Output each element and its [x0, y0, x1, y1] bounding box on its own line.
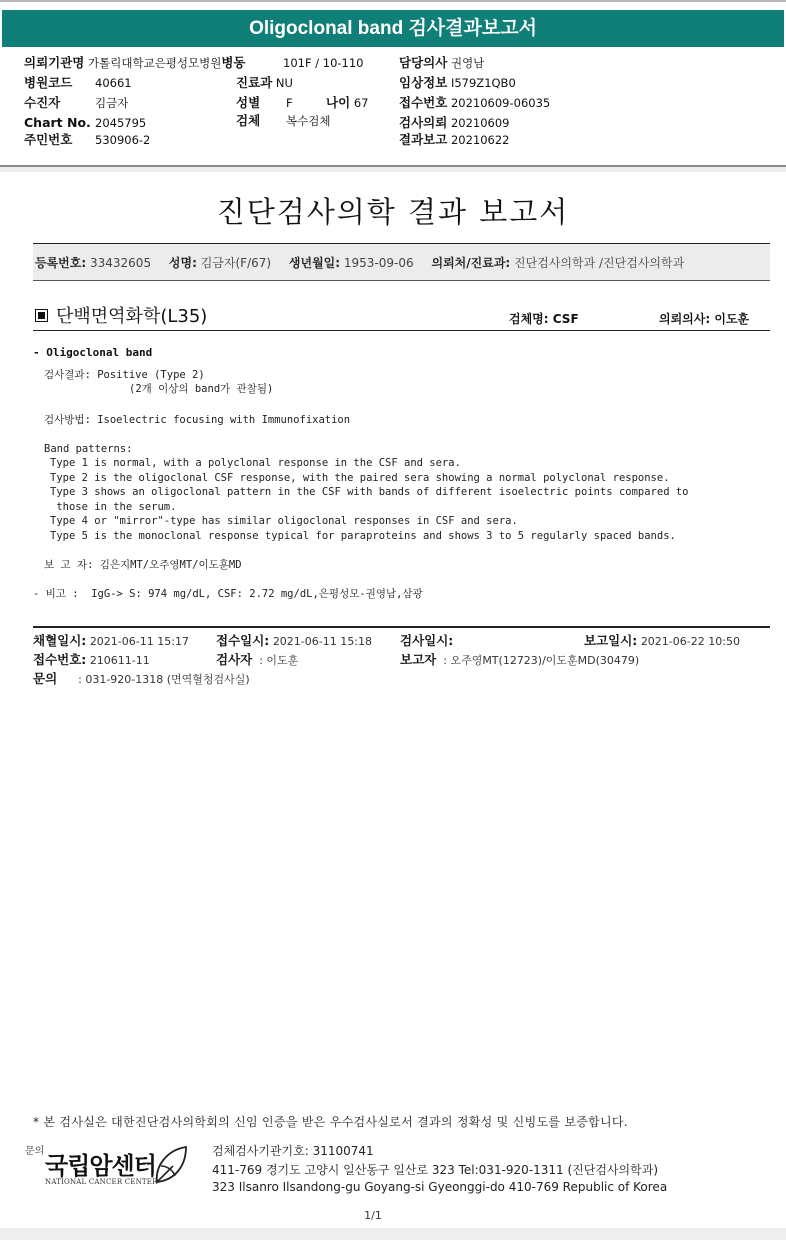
field-resident-no: 530906-2	[95, 133, 150, 147]
reporter: 보고자 : 오주영MT(12723)/이도훈MD(30479)	[400, 653, 639, 668]
address-korean: 411-769 경기도 고양시 일산동구 일산로 323 Tel:031-920…	[212, 1161, 658, 1178]
band-pattern-item: Type 3 shows an oligoclonal pattern in t…	[50, 485, 688, 500]
band-pattern-item: Type 5 is the monoclonal response typica…	[50, 529, 676, 544]
field-requesting-institution: 의뢰기관명 가톨릭대학교은평성모병원병동	[24, 56, 246, 70]
band-pattern-item: Type 1 is normal, with a polyclonal resp…	[50, 456, 461, 471]
section-header: 단백면역화학(L35) 검체명: CSF 의뢰의사: 이도훈	[33, 305, 770, 331]
dept-value: 진단검사의학과 /진단검사의학과	[514, 256, 684, 270]
dept-label: 의뢰처/진료과:	[431, 256, 510, 270]
name-value: 김금자(F/67)	[201, 256, 271, 270]
top-border	[0, 0, 786, 2]
document-title: 진단검사의학 결과 보고서	[0, 190, 786, 231]
field-accession: 접수번호 20210609-06035	[399, 96, 550, 110]
field-patient-label: 수진자	[24, 96, 60, 110]
band-patterns-title: Band patterns:	[44, 442, 133, 457]
field-patient: 김금자	[95, 96, 128, 110]
leaf-icon	[153, 1144, 189, 1186]
requesting-doctor: 의뢰의사: 이도훈	[659, 310, 749, 327]
test-result: 검사결과: Positive (Type 2)	[44, 368, 205, 383]
logo-sub-text: NATIONAL CANCER CENTER	[45, 1178, 158, 1186]
dob-label: 생년월일:	[289, 256, 340, 270]
tester: 검사자 : 이도훈	[216, 653, 298, 668]
accession-number: 접수번호: 210611-11	[33, 653, 150, 668]
test-result-note: (2개 이상의 band가 관찰됨)	[129, 382, 273, 397]
reg-label: 등록번호:	[35, 256, 86, 270]
field-department: 진료과 NU	[236, 76, 293, 90]
field-chart-label: Chart No.	[24, 116, 91, 130]
field-specimen-label: 검체	[236, 114, 260, 128]
test-method: 검사방법: Isoelectric focusing with Immunofi…	[44, 413, 350, 428]
remark: - 비고 : IgG-> S: 974 mg/dL, CSF: 2.72 mg/…	[33, 587, 423, 602]
field-age: 나이 67	[326, 96, 368, 110]
name-label: 성명:	[169, 256, 197, 270]
field-report-date: 결과보고 20210622	[399, 133, 510, 147]
logo-small-text: 문의	[25, 1142, 44, 1157]
receive-time: 접수일시: 2021-06-11 15:18	[216, 634, 372, 649]
field-clinical-info: 임상정보 I579Z1QB0	[399, 76, 516, 90]
report-time: 보고일시: 2021-06-22 10:50	[584, 634, 740, 649]
reporters: 보 고 자: 김은지MT/오주영MT/이도훈MD	[44, 558, 242, 573]
reg-value: 33432605	[90, 256, 151, 270]
field-request-date: 검사의뢰 20210609	[399, 116, 510, 130]
specimen-name: 검체명: CSF	[509, 310, 579, 327]
field-hospital-code: 40661	[95, 76, 132, 90]
bottom-margin	[0, 1228, 786, 1240]
field-attending-doctor: 담당의사 권영남	[399, 56, 484, 70]
field-chart: 2045795	[95, 116, 146, 130]
institution-code: 검체검사기관기호: 31100741	[212, 1142, 374, 1159]
field-sex-label: 성별	[236, 96, 260, 110]
dob-value: 1953-09-06	[344, 256, 414, 270]
report-title: Oligoclonal band 검사결과보고서	[249, 18, 537, 39]
test-time: 검사일시:	[400, 634, 453, 649]
field-hospital-code-label: 병원코드	[24, 76, 72, 90]
section-title: 단백면역화학(L35)	[35, 305, 207, 329]
band-pattern-item: Type 2 is the oligoclonal CSF response, …	[50, 471, 670, 486]
square-bullet-icon	[35, 309, 48, 322]
header-shadow	[0, 167, 786, 172]
page-number: 1/1	[0, 1209, 746, 1222]
band-pattern-item: Type 4 or "mirror"-type has similar olig…	[50, 514, 518, 529]
field-ward: 101F / 10-110	[283, 56, 363, 70]
logo-main-text: 국립암센터	[45, 1146, 156, 1181]
certification-note: * 본 검사실은 대한진단검사의학회의 신임 인증을 받은 우수검사실로서 결과…	[33, 1113, 628, 1130]
contact: 문의 : 031-920-1318 (면역혈청검사실)	[33, 672, 250, 687]
report-title-bar: Oligoclonal band 검사결과보고서	[2, 10, 784, 47]
band-pattern-item: those in the serum.	[50, 500, 176, 515]
national-cancer-center-logo: 문의 국립암센터 NATIONAL CANCER CENTER	[25, 1140, 195, 1195]
test-name: - Oligoclonal band	[33, 346, 152, 361]
meta-divider	[33, 626, 770, 628]
address-english: 323 Ilsanro Ilsandong-gu Goyang-si Gyeon…	[212, 1180, 667, 1194]
field-specimen: 복수검체	[286, 114, 330, 128]
field-sex: F	[286, 96, 293, 110]
patient-bar: 등록번호: 33432605 성명: 김금자(F/67) 생년월일: 1953-…	[33, 243, 770, 281]
collect-time: 채혈일시: 2021-06-11 15:17	[33, 634, 189, 649]
field-resident-no-label: 주민번호	[24, 133, 72, 147]
